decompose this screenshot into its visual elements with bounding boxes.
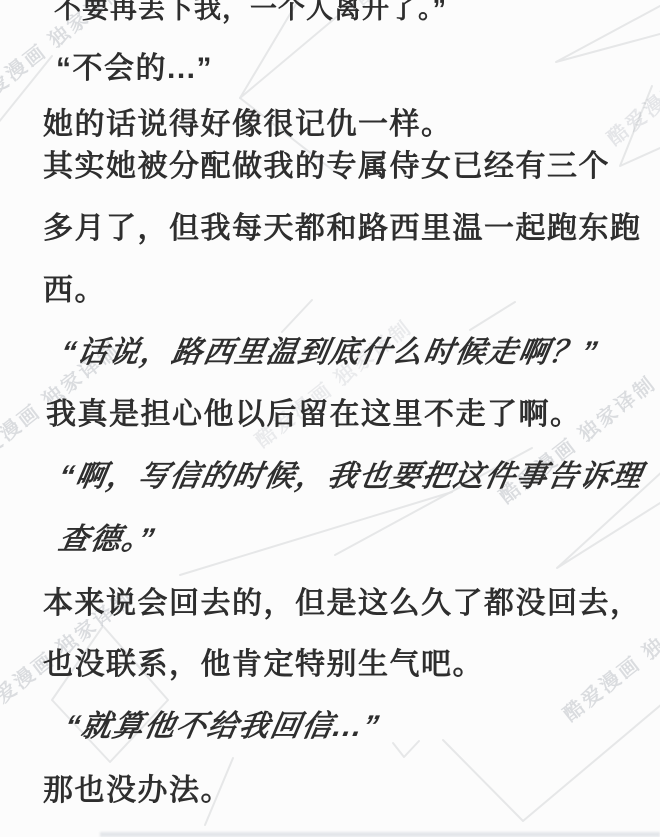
text-line-thought: “啊，写信的时候，我也要把这件事告诉理 xyxy=(56,460,645,494)
next-line-cutoff xyxy=(100,832,660,837)
text-line-narration: 本来说会回去的，但是这么久了都没回去， xyxy=(43,587,642,621)
watermark-text: 酷爱漫画 独家译制 xyxy=(600,9,660,150)
text-line-narration: 西。 xyxy=(43,274,106,308)
novel-page: 酷爱漫画 独家译制 酷爱漫画 独家译制 酷爱漫画 独家译制 酷爱漫画 独家译制 … xyxy=(0,0,660,837)
text-line-thought: “就算他不给我回信...” xyxy=(62,710,383,744)
text-line-narration: 多月了，但我每天都和路西里温一起跑东跑 xyxy=(43,212,642,246)
text-line-dialogue: “不会的...” xyxy=(56,52,213,86)
text-line-narration: 其实她被分配做我的专属侍女已经有三个 xyxy=(43,150,610,184)
text-line-narration: 我真是担心他以后留在这里不走了啊。 xyxy=(46,398,582,432)
text-line-narration: 她的话说得好像很记仇一样。 xyxy=(43,108,453,142)
text-line-thought: “话说，路西里温到底什么时候走啊？” xyxy=(58,336,601,370)
text-line-dialogue-cutoff: 不要再丢下我，一个人离开了。” xyxy=(54,0,447,26)
text-line-narration: 那也没办法。 xyxy=(43,774,232,808)
text-line-thought: 查德。” xyxy=(56,523,158,557)
text-line-narration: 也没联系，他肯定特别生气吧。 xyxy=(43,648,484,682)
